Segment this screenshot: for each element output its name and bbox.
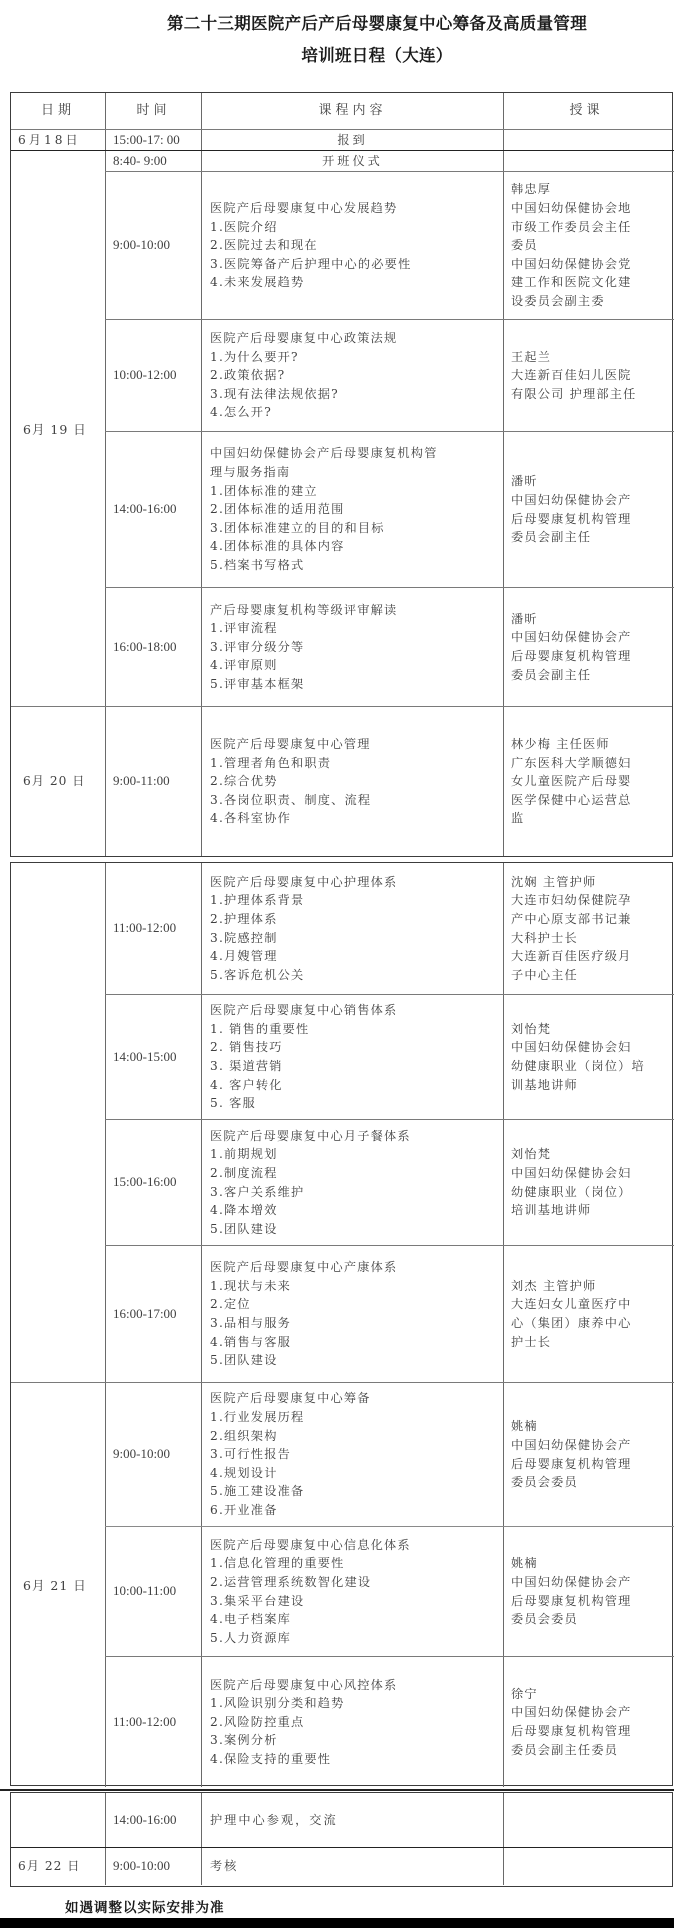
teacher-title: 设委员会副主委 xyxy=(511,292,632,311)
teacher-title: 大连新百佳妇儿医院 xyxy=(511,366,637,385)
teacher-title: 护士长 xyxy=(511,1333,632,1352)
teacher-title: 有限公司 护理部主任 xyxy=(511,385,637,404)
time-cell: 16:00-17:00 xyxy=(105,1246,201,1382)
teacher-cell: 姚楠 中国妇幼保健协会产 后母婴康复机构管理 委员会委员 xyxy=(503,1383,673,1526)
document-title-line2: 培训班日程（大连） xyxy=(40,42,674,66)
teacher-cell: 刘杰 主管护师 大连妇女儿童医疗中 心（集团）康养中心 护士长 xyxy=(503,1246,673,1382)
teacher-cell: 韩忠厚 中国妇幼保健协会地 市级工作委员会主任 委员 中国妇幼保健协会党 建工作… xyxy=(503,172,673,319)
teacher-title: 幼健康职业（岗位）培 xyxy=(511,1057,645,1076)
content-title: 医院产后母婴康复中心政策法规 xyxy=(210,329,397,348)
content-item: 1.行业发展历程 xyxy=(210,1408,371,1427)
header-content: 课程内容 xyxy=(201,93,503,129)
table-row: 14:00-15:00 医院产后母婴康复中心销售体系 1. 销售的重要性 2. … xyxy=(105,994,674,1119)
content-title: 医院产后母婴康复中心月子餐体系 xyxy=(210,1127,411,1146)
content-title: 医院产后母婴康复中心发展趋势 xyxy=(210,199,411,218)
content-item: 4.电子档案库 xyxy=(210,1610,411,1629)
content-item: 3.团体标准建立的目的和目标 xyxy=(210,519,438,538)
teacher-name: 刘杰 主管护师 xyxy=(511,1277,632,1296)
teacher-title: 大连妇女儿童医疗中 xyxy=(511,1295,632,1314)
content-title: 医院产后母婴康复中心风控体系 xyxy=(210,1676,397,1695)
teacher-name: 韩忠厚 xyxy=(511,180,632,199)
teacher-title: 监 xyxy=(511,809,632,828)
table-row: 6月 22 日 9:00-10:00 考核 xyxy=(11,1847,672,1885)
schedule-table-block-3: 14:00-16:00 护理中心参观，交流 6月 22 日 9:00-10:00… xyxy=(10,1792,673,1887)
content-item: 4.月嫂管理 xyxy=(210,947,397,966)
teacher-title: 委员会委员 xyxy=(511,1610,632,1629)
teacher-name: 姚楠 xyxy=(511,1417,632,1436)
content-cell: 产后母婴康复机构等级评审解读 1.评审流程 3.评审分级分等 4.评审原则 5.… xyxy=(201,588,503,706)
teacher-name: 刘怡梵 xyxy=(511,1145,632,1164)
content-item: 4.怎么开? xyxy=(210,403,397,422)
teacher-cell xyxy=(503,1848,673,1885)
content-title: 理与服务指南 xyxy=(210,463,438,482)
content-item: 4.销售与客服 xyxy=(210,1333,397,1352)
table-row: 6月18日 15:00-17: 00 报到 xyxy=(11,129,672,150)
content-item: 5.施工建设准备 xyxy=(210,1482,371,1501)
teacher-title: 后母婴康复机构管理 xyxy=(511,1592,632,1611)
schedule-table-block-1: 日期 时间 课程内容 授课 6月18日 15:00-17: 00 报到 6月 1… xyxy=(10,92,673,857)
teacher-title: 后母婴康复机构管理 xyxy=(511,1722,632,1741)
teacher-name: 姚楠 xyxy=(511,1554,632,1573)
time-cell: 14:00-16:00 xyxy=(105,1793,201,1847)
content-item: 5.客诉危机公关 xyxy=(210,966,397,985)
date-cell: 6月 21 日 xyxy=(11,1383,105,1787)
content-item: 2.政策依据? xyxy=(210,366,397,385)
content-item: 2.制度流程 xyxy=(210,1164,411,1183)
content-item: 5. 客服 xyxy=(210,1094,397,1113)
time-cell: 11:00-12:00 xyxy=(105,863,201,994)
teacher-cell: 潘昕 中国妇幼保健协会产 后母婴康复机构管理 委员会副主任 xyxy=(503,432,673,587)
table-row: 16:00-18:00 产后母婴康复机构等级评审解读 1.评审流程 3.评审分级… xyxy=(105,587,674,706)
content-item: 6.开业准备 xyxy=(210,1501,371,1520)
time-cell: 10:00-11:00 xyxy=(105,1527,201,1656)
content-cell: 医院产后母婴康复中心发展趋势 1.医院介绍 2.医院过去和现在 3.医院筹备产后… xyxy=(201,172,503,319)
content-item: 2.定位 xyxy=(210,1295,397,1314)
content-cell: 医院产后母婴康复中心销售体系 1. 销售的重要性 2. 销售技巧 3. 渠道营销… xyxy=(201,995,503,1119)
footer-note: 如遇调整以实际安排为准 xyxy=(65,1896,225,1916)
content-item: 3.集采平台建设 xyxy=(210,1592,411,1611)
teacher-title: 训基地讲师 xyxy=(511,1076,645,1095)
content-item: 1.现状与未来 xyxy=(210,1277,397,1296)
time-cell: 11:00-12:00 xyxy=(105,1657,201,1787)
content-cell: 中国妇幼保健协会产后母婴康复机构管 理与服务指南 1.团体标准的建立 2.团体标… xyxy=(201,432,503,587)
content-title: 医院产后母婴康复中心产康体系 xyxy=(210,1258,397,1277)
teacher-title: 建工作和医院文化建 xyxy=(511,273,632,292)
content-item: 4.各科室协作 xyxy=(210,809,371,828)
content-cell: 医院产后母婴康复中心政策法规 1.为什么要开? 2.政策依据? 3.现有法律法规… xyxy=(201,320,503,431)
content-cell: 考核 xyxy=(201,1848,503,1885)
time-cell: 9:00-10:00 xyxy=(105,1848,201,1885)
teacher-title: 中国妇幼保健协会产 xyxy=(511,1436,632,1455)
time-cell: 10:00-12:00 xyxy=(105,320,201,431)
teacher-title: 大连市妇幼保健院孕 xyxy=(511,891,632,910)
teacher-cell: 徐宁 中国妇幼保健协会产 后母婴康复机构管理 委员会副主任委员 xyxy=(503,1657,673,1787)
header-time: 时间 xyxy=(105,93,201,129)
content-item: 1.风险识别分类和趋势 xyxy=(210,1694,397,1713)
content-item: 3.医院筹备产后护理中心的必要性 xyxy=(210,255,411,274)
content-title: 产后母婴康复机构等级评审解读 xyxy=(210,601,397,620)
time-cell: 9:00-11:00 xyxy=(105,707,201,856)
content-cell: 医院产后母婴康复中心筹备 1.行业发展历程 2.组织架构 3.可行性报告 4.规… xyxy=(201,1383,503,1526)
teacher-title: 医学保健中心运营总 xyxy=(511,791,632,810)
teacher-title: 子中心主任 xyxy=(511,966,632,985)
content-item: 4.团体标准的具体内容 xyxy=(210,537,438,556)
content-item: 1.评审流程 xyxy=(210,619,397,638)
teacher-name: 沈娴 主管护师 xyxy=(511,873,632,892)
content-item: 5.人力资源库 xyxy=(210,1629,411,1648)
teacher-title: 委员会副主任委员 xyxy=(511,1741,632,1760)
content-title: 医院产后母婴康复中心护理体系 xyxy=(210,873,397,892)
content-item: 2.医院过去和现在 xyxy=(210,236,411,255)
teacher-title: 心（集团）康养中心 xyxy=(511,1314,632,1333)
content-item: 4.规划设计 xyxy=(210,1464,371,1483)
teacher-title: 中国妇幼保健协会产 xyxy=(511,1573,632,1592)
content-cell: 医院产后母婴康复中心风控体系 1.风险识别分类和趋势 2.风险防控重点 3.案例… xyxy=(201,1657,503,1787)
content-item: 4.降本增效 xyxy=(210,1201,411,1220)
time-cell: 9:00-10:00 xyxy=(105,1383,201,1526)
schedule-table-block-2: 11:00-12:00 医院产后母婴康复中心护理体系 1.护理体系背景 2.护理… xyxy=(10,862,673,1786)
teacher-name: 潘昕 xyxy=(511,610,632,629)
teacher-title: 大连新百佳医疗级月 xyxy=(511,947,632,966)
header-teacher: 授课 xyxy=(503,93,673,129)
content-title: 医院产后母婴康复中心销售体系 xyxy=(210,1001,397,1020)
table-row: 10:00-12:00 医院产后母婴康复中心政策法规 1.为什么要开? 2.政策… xyxy=(105,319,674,431)
content-cell: 医院产后母婴康复中心信息化体系 1.信息化管理的重要性 2.运营管理系统数智化建… xyxy=(201,1527,503,1656)
teacher-cell: 姚楠 中国妇幼保健协会产 后母婴康复机构管理 委员会委员 xyxy=(503,1527,673,1656)
teacher-cell: 刘怡梵 中国妇幼保健协会妇 幼健康职业（岗位）培 训基地讲师 xyxy=(503,995,673,1119)
content-item: 3.客户关系维护 xyxy=(210,1183,411,1202)
content-item: 5.评审基本框架 xyxy=(210,675,397,694)
time-cell: 15:00-16:00 xyxy=(105,1120,201,1245)
table-row: 14:00-16:00 中国妇幼保健协会产后母婴康复机构管 理与服务指南 1.团… xyxy=(105,431,674,587)
teacher-title: 幼健康职业（岗位） xyxy=(511,1183,632,1202)
content-item: 2.综合优势 xyxy=(210,772,371,791)
time-cell: 15:00-17: 00 xyxy=(105,130,201,150)
content-item: 1.为什么要开? xyxy=(210,348,397,367)
teacher-title: 委员会副主任 xyxy=(511,666,632,685)
teacher-cell: 林少梅 主任医师 广东医科大学顺德妇 女儿童医院产后母婴 医学保健中心运营总 监 xyxy=(503,707,673,856)
teacher-title: 中国妇幼保健协会地 xyxy=(511,199,632,218)
content-item: 4.未来发展趋势 xyxy=(210,273,411,292)
teacher-cell xyxy=(503,130,673,150)
content-cell: 开班仪式 xyxy=(201,151,503,171)
teacher-name: 刘怡梵 xyxy=(511,1020,645,1039)
content-cell: 医院产后母婴康复中心护理体系 1.护理体系背景 2.护理体系 3.院感控制 4.… xyxy=(201,863,503,994)
content-item: 5.团队建设 xyxy=(210,1220,411,1239)
time-cell: 9:00-10:00 xyxy=(105,172,201,319)
page-separator-line xyxy=(0,1789,674,1791)
time-cell: 16:00-18:00 xyxy=(105,588,201,706)
content-item: 2.护理体系 xyxy=(210,910,397,929)
table-row: 15:00-16:00 医院产后母婴康复中心月子餐体系 1.前期规划 2.制度流… xyxy=(105,1119,674,1245)
teacher-title: 委员会委员 xyxy=(511,1473,632,1492)
content-item: 3.品相与服务 xyxy=(210,1314,397,1333)
header-date: 日期 xyxy=(11,93,105,129)
teacher-name: 潘昕 xyxy=(511,472,632,491)
table-row: 9:00-10:00 医院产后母婴康复中心筹备 1.行业发展历程 2.组织架构 … xyxy=(105,1382,674,1526)
content-title: 医院产后母婴康复中心筹备 xyxy=(210,1389,371,1408)
content-item: 3.各岗位职责、制度、流程 xyxy=(210,791,371,810)
date-cell: 6月 22 日 xyxy=(11,1848,105,1885)
content-item: 5.档案书写格式 xyxy=(210,556,438,575)
content-item: 1.前期规划 xyxy=(210,1145,411,1164)
content-title: 医院产后母婴康复中心管理 xyxy=(210,735,371,754)
content-item: 4.保险支持的重要性 xyxy=(210,1750,397,1769)
teacher-title: 委员会副主任 xyxy=(511,528,632,547)
teacher-cell: 潘昕 中国妇幼保健协会产 后母婴康复机构管理 委员会副主任 xyxy=(503,588,673,706)
bottom-black-bar xyxy=(0,1918,674,1928)
teacher-title: 中国妇幼保健协会产 xyxy=(511,491,632,510)
table-row: 8:40- 9:00 开班仪式 xyxy=(105,150,674,171)
teacher-title: 女儿童医院产后母婴 xyxy=(511,772,632,791)
content-cell: 医院产后母婴康复中心产康体系 1.现状与未来 2.定位 3.品相与服务 4.销售… xyxy=(201,1246,503,1382)
teacher-title: 中国妇幼保健协会妇 xyxy=(511,1038,645,1057)
table-row: 10:00-11:00 医院产后母婴康复中心信息化体系 1.信息化管理的重要性 … xyxy=(105,1526,674,1656)
content-title: 医院产后母婴康复中心信息化体系 xyxy=(210,1536,411,1555)
date-cell: 6月 19 日 xyxy=(11,151,105,706)
content-item: 1.管理者角色和职责 xyxy=(210,754,371,773)
time-cell: 14:00-15:00 xyxy=(105,995,201,1119)
teacher-title: 中国妇幼保健协会产 xyxy=(511,628,632,647)
content-cell: 报到 xyxy=(201,130,503,150)
teacher-name: 徐宁 xyxy=(511,1685,632,1704)
content-item: 2.组织架构 xyxy=(210,1427,371,1446)
date-cell-empty xyxy=(11,863,105,1382)
teacher-cell xyxy=(503,151,673,171)
teacher-cell: 沈娴 主管护师 大连市妇幼保健院孕 产中心原支部书记兼 大科护士长 大连新百佳医… xyxy=(503,863,673,994)
content-item: 3.院感控制 xyxy=(210,929,397,948)
content-item: 1.医院介绍 xyxy=(210,218,411,237)
teacher-title: 委员 xyxy=(511,236,632,255)
teacher-cell: 王起兰 大连新百佳妇儿医院 有限公司 护理部主任 xyxy=(503,320,673,431)
teacher-title: 后母婴康复机构管理 xyxy=(511,647,632,666)
content-item: 4. 客户转化 xyxy=(210,1076,397,1095)
content-cell: 护理中心参观，交流 xyxy=(201,1793,503,1847)
date-cell-empty xyxy=(11,1793,105,1847)
content-item: 1. 销售的重要性 xyxy=(210,1020,397,1039)
teacher-cell: 刘怡梵 中国妇幼保健协会妇 幼健康职业（岗位） 培训基地讲师 xyxy=(503,1120,673,1245)
date-cell: 6月18日 xyxy=(11,130,105,150)
content-item: 3.现有法律法规依据? xyxy=(210,385,397,404)
teacher-title: 中国妇幼保健协会党 xyxy=(511,255,632,274)
content-item: 1.信息化管理的重要性 xyxy=(210,1554,411,1573)
content-item: 1.护理体系背景 xyxy=(210,891,397,910)
teacher-cell xyxy=(503,1793,673,1847)
teacher-title: 产中心原支部书记兼 xyxy=(511,910,632,929)
content-item: 2.运营管理系统数智化建设 xyxy=(210,1573,411,1592)
content-item: 1.团体标准的建立 xyxy=(210,482,438,501)
teacher-title: 大科护士长 xyxy=(511,929,632,948)
content-item: 2.风险防控重点 xyxy=(210,1713,397,1732)
document-title-line1: 第二十三期医院产后产后母婴康复中心筹备及高质量管理 xyxy=(40,10,674,34)
teacher-title: 中国妇幼保健协会妇 xyxy=(511,1164,632,1183)
content-item: 3.案例分析 xyxy=(210,1731,397,1750)
table-row: 11:00-12:00 医院产后母婴康复中心护理体系 1.护理体系背景 2.护理… xyxy=(105,863,674,994)
teacher-title: 市级工作委员会主任 xyxy=(511,218,632,237)
content-item: 3.可行性报告 xyxy=(210,1445,371,1464)
teacher-name: 林少梅 主任医师 xyxy=(511,735,632,754)
teacher-title: 中国妇幼保健协会产 xyxy=(511,1703,632,1722)
content-item: 3.评审分级分等 xyxy=(210,638,397,657)
time-cell: 8:40- 9:00 xyxy=(105,151,201,171)
table-row: 14:00-16:00 护理中心参观，交流 xyxy=(11,1793,672,1847)
content-item: 5.团队建设 xyxy=(210,1351,397,1370)
content-item: 2. 销售技巧 xyxy=(210,1038,397,1057)
time-cell: 14:00-16:00 xyxy=(105,432,201,587)
content-title: 中国妇幼保健协会产后母婴康复机构管 xyxy=(210,444,438,463)
content-item: 2.团体标准的适用范围 xyxy=(210,500,438,519)
table-row: 9:00-10:00 医院产后母婴康复中心发展趋势 1.医院介绍 2.医院过去和… xyxy=(105,171,674,319)
teacher-title: 广东医科大学顺德妇 xyxy=(511,754,632,773)
content-item: 4.评审原则 xyxy=(210,656,397,675)
teacher-title: 培训基地讲师 xyxy=(511,1201,632,1220)
content-cell: 医院产后母婴康复中心管理 1.管理者角色和职责 2.综合优势 3.各岗位职责、制… xyxy=(201,707,503,856)
teacher-title: 后母婴康复机构管理 xyxy=(511,1455,632,1474)
table-row: 11:00-12:00 医院产后母婴康复中心风控体系 1.风险识别分类和趋势 2… xyxy=(105,1656,674,1787)
teacher-title: 后母婴康复机构管理 xyxy=(511,510,632,529)
table-row: 6月 20 日 9:00-11:00 医院产后母婴康复中心管理 1.管理者角色和… xyxy=(11,706,672,856)
content-item: 3. 渠道营销 xyxy=(210,1057,397,1076)
table-row: 16:00-17:00 医院产后母婴康复中心产康体系 1.现状与未来 2.定位 … xyxy=(105,1245,674,1382)
table-header-row: 日期 时间 课程内容 授课 xyxy=(11,93,672,129)
date-cell: 6月 20 日 xyxy=(11,707,105,856)
content-cell: 医院产后母婴康复中心月子餐体系 1.前期规划 2.制度流程 3.客户关系维护 4… xyxy=(201,1120,503,1245)
teacher-name: 王起兰 xyxy=(511,348,637,367)
